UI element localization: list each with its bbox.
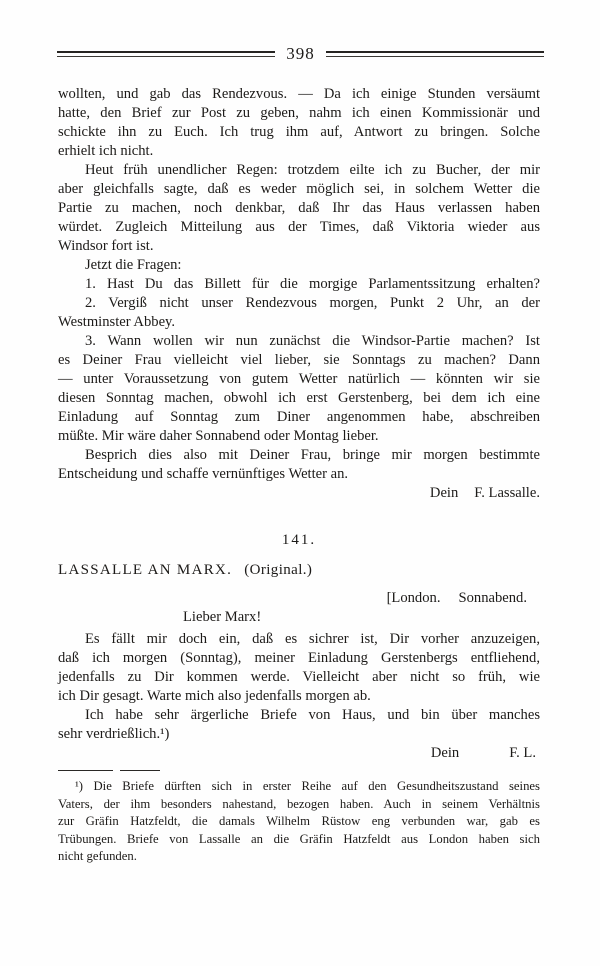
- text-line: Heut früh unendlicher Regen: trotzdem ei…: [58, 161, 540, 180]
- text-line: 1. Hast Du das Billett für die morgige P…: [58, 275, 540, 294]
- text-line: daß ich morgen (Sonntag), meiner Einladu…: [58, 649, 540, 668]
- text-line: würdet. Zugleich Mitteilung aus der Time…: [58, 218, 540, 237]
- text-line-with-footnote-ref: sehr verdrießlich.¹): [58, 725, 540, 744]
- text-line: Besprich dies also mit Deiner Frau, brin…: [58, 446, 540, 465]
- text-line: jedenfalls zu Dir kommen werde. Vielleic…: [58, 668, 540, 687]
- text-line: Ich habe sehr ärgerliche Briefe von Haus…: [58, 706, 540, 725]
- footnote-rule-segment: [120, 770, 160, 772]
- text-line: Jetzt die Fragen:: [58, 256, 540, 275]
- signature-label: Dein: [430, 485, 458, 501]
- signature-letter-141: DeinF. L.: [58, 744, 540, 763]
- letter-141: 141. LASSALLE AN MARX.(Original.) [Londo…: [58, 531, 540, 763]
- text-line: — unter Voraussetzung von gutem Wetter n…: [58, 370, 540, 389]
- text-line: hatte, den Brief zur Post zu geben, nahm…: [58, 104, 540, 123]
- footnote-section: ¹) Die Briefe dürften sich in erster Rei…: [58, 770, 540, 866]
- header-rule-right: [326, 51, 544, 57]
- text-line: müßte. Mir wäre daher Sonnabend oder Mon…: [58, 427, 540, 446]
- text-line: Partie zu machen, noch denkbar, daß Ihr …: [58, 199, 540, 218]
- text-line: 2. Vergiß nicht unser Rendezvous morgen,…: [58, 294, 540, 313]
- footnote-text: ¹) Die Briefe dürften sich in erster Rei…: [58, 778, 540, 866]
- letter-heading-title: LASSALLE AN MARX.: [58, 562, 232, 578]
- text-line: Westminster Abbey.: [58, 313, 540, 332]
- footnote-line: ¹) Die Briefe dürften sich in erster Rei…: [58, 778, 540, 796]
- book-page: 398 wollten, und gab das Rendezvous. — D…: [0, 0, 600, 966]
- text-line: erhielt ich nicht.: [58, 142, 540, 161]
- footnote-line: Vaters, der ihm besonders nahestand, bez…: [58, 796, 540, 814]
- letter-heading-note: (Original.): [244, 562, 312, 578]
- letter-heading: LASSALLE AN MARX.(Original.): [58, 561, 540, 580]
- footnote-line: zur Gräfin Hatzfeldt, die damals Wilhelm…: [58, 813, 540, 831]
- page-header: 398: [57, 46, 544, 62]
- signature-label: Dein: [431, 745, 459, 761]
- paragraph-fragen: Jetzt die Fragen:: [58, 256, 540, 275]
- text-line: Windsor fort ist.: [58, 237, 540, 256]
- dateline-place: [London.: [387, 590, 441, 606]
- text-line: 3. Wann wollen wir nun zunächst die Wind…: [58, 332, 540, 351]
- dateline-day: Sonnabend.: [458, 590, 527, 606]
- footnote-separator: [58, 770, 540, 772]
- footnote-rule-segment: [58, 770, 113, 772]
- paragraph-regen: Heut früh unendlicher Regen: trotzdem ei…: [58, 161, 540, 256]
- paragraph-rendezvous: wollten, und gab das Rendezvous. — Da ic…: [58, 85, 540, 161]
- text-line: schickte ihn zu Euch. Ich trug ihm auf, …: [58, 123, 540, 142]
- signature-name: F. Lassalle.: [474, 485, 540, 501]
- text-line: diesen Sonntag machen, obwohl ich erst G…: [58, 389, 540, 408]
- paragraph-briefe: Ich habe sehr ärgerliche Briefe von Haus…: [58, 706, 540, 744]
- dateline: [London.Sonnabend.: [58, 589, 540, 608]
- salutation: Lieber Marx!: [183, 608, 540, 627]
- paragraph-besprich: Besprich dies also mit Deiner Frau, brin…: [58, 446, 540, 484]
- text-line: Einladung auf Sonntag zum Diner angenomm…: [58, 408, 540, 427]
- text-line: Es fällt mir doch ein, daß es sichrer is…: [58, 630, 540, 649]
- footnote-line: nicht gefunden.: [58, 848, 540, 866]
- text-line: Entscheidung und schaffe vernünftiges We…: [58, 465, 540, 484]
- text-line: aber gleichfalls sagte, daß es weder mög…: [58, 180, 540, 199]
- signature-letter-140: DeinF. Lassalle.: [58, 484, 540, 503]
- letter-number: 141.: [58, 531, 540, 550]
- letter-140: wollten, und gab das Rendezvous. — Da ic…: [58, 85, 540, 503]
- question-2: 2. Vergiß nicht unser Rendezvous morgen,…: [58, 294, 540, 332]
- footnote-line: Trübungen. Briefe von Lassalle an die Gr…: [58, 831, 540, 849]
- text-block: wollten, und gab das Rendezvous. — Da ic…: [58, 85, 540, 866]
- text-line: es Deiner Frau vielleicht viel lieber, s…: [58, 351, 540, 370]
- text-line: wollten, und gab das Rendezvous. — Da ic…: [58, 85, 540, 104]
- page-number: 398: [275, 46, 326, 62]
- question-3: 3. Wann wollen wir nun zunächst die Wind…: [58, 332, 540, 446]
- text-line: ich Dir gesagt. Warte mich also jedenfal…: [58, 687, 540, 706]
- header-rule-left: [57, 51, 275, 57]
- paragraph-es-faellt: Es fällt mir doch ein, daß es sichrer is…: [58, 630, 540, 706]
- signature-name: F. L.: [509, 745, 536, 761]
- question-1: 1. Hast Du das Billett für die morgige P…: [58, 275, 540, 294]
